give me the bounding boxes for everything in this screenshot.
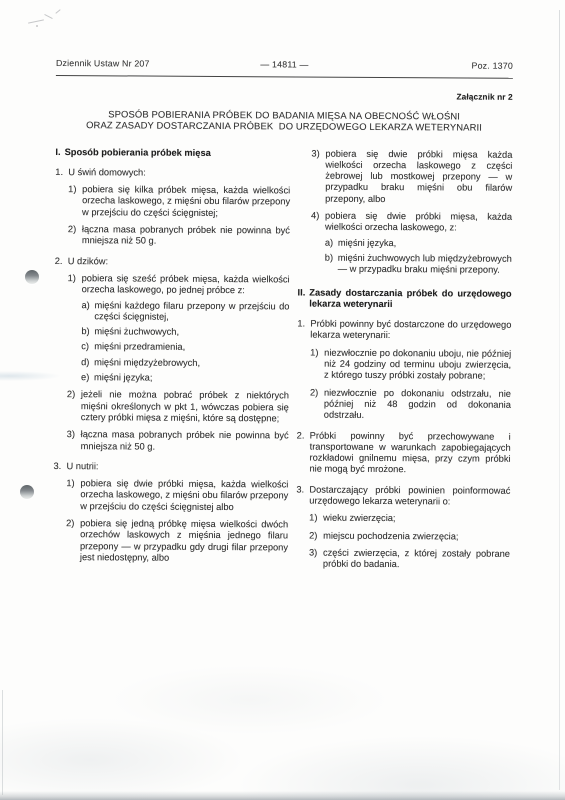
- list-item: 2)łączna masa pobranych próbek nie powin…: [55, 224, 290, 248]
- list-item: 1)pobiera się dwie próbki mięsa, każda w…: [53, 478, 288, 513]
- item-marker: c): [81, 342, 94, 353]
- item-text: części zwierzęcia, z której zostały pobr…: [323, 548, 510, 572]
- item-text: pobiera się jedną próbkę mięsa wielkości…: [80, 518, 288, 564]
- scanned-document-page: Dziennik Ustaw Nr 207 — 14811 — Poz. 137…: [0, 0, 565, 800]
- item-marker: d): [81, 357, 94, 368]
- item-text: mięśni języka,: [338, 237, 512, 249]
- paper-left-edge: [2, 690, 3, 795]
- item-marker: 2.: [296, 430, 309, 475]
- item-text: mięśni języka;: [94, 372, 289, 384]
- item-text: Próbki powinny być dostarczone do urzędo…: [310, 319, 511, 343]
- item-marker: e): [81, 372, 94, 383]
- list-item: 2)miejscu pochodzenia zwierzęcia;: [296, 530, 510, 543]
- two-column-body: I.Sposób pobierania próbek mięsa1.U świń…: [53, 147, 513, 572]
- page-number: — 14811 —: [260, 59, 308, 69]
- item-marker: 1): [310, 347, 324, 381]
- pencil-mark: [55, 9, 60, 14]
- item-marker: 2): [66, 518, 80, 563]
- pencil-mark: [44, 14, 52, 19]
- item-text: mięśni międzyżebrowych,: [94, 357, 289, 369]
- item-text: łączna masa pobranych próbek nie powinna…: [82, 224, 290, 248]
- document-title: SPOSÓB POBIERANIA PRÓBEK DO BADANIA MIĘS…: [56, 109, 513, 133]
- list-item: b)mięśni żuchwowych,: [54, 326, 289, 339]
- list-item: 2)jeżeli nie można pobrać próbek z niekt…: [54, 389, 289, 424]
- list-item: 2.U dzików:: [55, 256, 290, 269]
- item-text: pobiera się kilka próbek mięsa, każda wi…: [82, 184, 290, 219]
- item-marker: 1.: [297, 319, 310, 342]
- item-marker: 1): [66, 478, 80, 512]
- item-marker: 2): [310, 387, 324, 421]
- running-header: Dziennik Ustaw Nr 207 — 14811 — Poz. 137…: [56, 58, 513, 79]
- section-heading: II.Zasady dostarczania próbek do urzędow…: [297, 287, 511, 311]
- list-item: 3)części zwierzęcia, z której zostały po…: [296, 547, 510, 571]
- pencil-mark: [28, 19, 44, 23]
- page-content: Dziennik Ustaw Nr 207 — 14811 — Poz. 137…: [53, 58, 513, 571]
- item-text: pobiera się dwie próbki mięsa, każda wie…: [80, 478, 288, 513]
- item-text: miejscu pochodzenia zwierzęcia;: [323, 530, 510, 542]
- list-item: 1)pobiera się sześć próbek mięsa, każda …: [55, 273, 290, 297]
- item-marker: 1.: [55, 167, 68, 178]
- annex-label: Załącznik nr 2: [56, 89, 513, 102]
- item-marker: 3): [67, 429, 81, 452]
- journal-title: Dziennik Ustaw Nr 207: [56, 58, 261, 69]
- list-item: 2)niezwłocznie po dokonaniu odstrzału, n…: [297, 387, 511, 422]
- list-item: 1)pobiera się kilka próbek mięsa, każda …: [55, 184, 290, 219]
- item-text: Sposób pobierania próbek mięsa: [65, 147, 291, 160]
- right-column: 3)pobiera się dwie próbki mięsa każda wi…: [296, 148, 513, 571]
- item-marker: 2): [309, 530, 323, 541]
- item-text: łączna masa pobranych próbek nie powinna…: [81, 429, 289, 453]
- item-marker: 3): [309, 547, 323, 570]
- position-number: Poz. 1370: [308, 60, 513, 71]
- item-text: pobiera się sześć próbek mięsa, każda wi…: [82, 273, 290, 297]
- item-text: jeżeli nie można pobrać próbek z niektór…: [81, 390, 289, 425]
- list-item: c)mięśni przedramienia,: [54, 341, 289, 354]
- item-marker: 3.: [296, 484, 309, 507]
- title-line-2: ORAZ ZASADY DOSTARCZANIA PRÓBEK DO URZĘD…: [56, 120, 513, 134]
- item-marker: 4): [311, 211, 325, 234]
- punch-hole-mark: [20, 485, 34, 499]
- list-item: 2)pobiera się jedną próbkę mięsa wielkoś…: [53, 518, 288, 565]
- item-marker: II.: [297, 287, 309, 310]
- list-item: a)mięśni języka,: [298, 237, 512, 250]
- item-marker: a): [81, 300, 94, 323]
- item-text: mięśni każdego filaru przepony w przejśc…: [94, 300, 289, 324]
- item-text: Dostarczający próbki powinien poinformow…: [309, 484, 510, 508]
- item-text: mięśni przedramienia,: [94, 342, 289, 354]
- item-text: mięśni żuchwowych lub międzyżebrowych — …: [338, 253, 512, 277]
- item-text: Próbki powinny być przechowywane i trans…: [309, 430, 510, 476]
- list-item: e)mięśni języka;: [54, 372, 289, 385]
- list-item: d)mięśni międzyżebrowych,: [54, 357, 289, 370]
- item-text: U dzików:: [68, 256, 290, 269]
- item-marker: 1): [68, 184, 82, 218]
- scan-smudge: [0, 371, 60, 381]
- pencil-mark: [36, 25, 38, 27]
- section-heading: I.Sposób pobierania próbek mięsa: [55, 147, 290, 160]
- list-item: 3)łączna masa pobranych próbek nie powin…: [54, 429, 289, 453]
- list-item: 3.U nutrii:: [53, 461, 288, 474]
- list-item: 3.Dostarczający próbki powinien poinform…: [296, 484, 510, 508]
- item-text: niezwłocznie po dokonaniu odstrzału, nie…: [324, 387, 511, 422]
- list-item: b)mięśni żuchwowych lub międzyżebrowych …: [298, 252, 512, 276]
- punch-hole-mark: [25, 270, 39, 284]
- item-marker: 1): [309, 513, 323, 524]
- item-text: U świń domowych:: [68, 167, 290, 180]
- item-text: wieku zwierzęcia;: [323, 513, 510, 525]
- item-marker: 1): [68, 273, 82, 296]
- left-column: I.Sposób pobierania próbek mięsa1.U świń…: [53, 147, 291, 570]
- item-marker: b): [81, 326, 94, 337]
- item-marker: 3): [311, 148, 325, 205]
- list-item: a)mięśni każdego filaru przepony w przej…: [54, 300, 289, 324]
- item-marker: I.: [55, 147, 64, 158]
- item-text: U nutrii:: [66, 461, 288, 474]
- list-item: 1.U świń domowych:: [55, 167, 290, 180]
- paper-bottom-edge: [0, 791, 565, 800]
- list-item: 1)niezwłocznie po dokonaniu uboju, nie p…: [297, 347, 511, 382]
- item-text: pobiera się dwie próbki mięsa każda wiel…: [325, 148, 512, 206]
- item-marker: a): [325, 237, 338, 248]
- list-item: 1.Próbki powinny być dostarczone do urzę…: [297, 319, 511, 343]
- item-text: Zasady dostarczania próbek do urzędowego…: [309, 287, 511, 311]
- item-text: mięśni żuchwowych,: [94, 326, 289, 338]
- item-marker: b): [325, 253, 338, 276]
- item-marker: 2.: [55, 256, 68, 267]
- item-text: niezwłocznie po dokonaniu uboju, nie póź…: [324, 347, 511, 382]
- list-item: 1)wieku zwierzęcia;: [296, 513, 510, 526]
- list-item: 4)pobiera się dwie próbki mięsa, każda w…: [298, 211, 512, 235]
- item-marker: 3.: [53, 461, 66, 472]
- list-item: 3)pobiera się dwie próbki mięsa każda wi…: [298, 148, 512, 206]
- item-marker: 2): [67, 389, 81, 423]
- item-text: pobiera się dwie próbki mięsa, każda wie…: [325, 211, 512, 235]
- paper-right-edge: [559, 10, 560, 790]
- list-item: 2.Próbki powinny być przechowywane i tra…: [296, 430, 510, 476]
- item-marker: 2): [68, 224, 82, 247]
